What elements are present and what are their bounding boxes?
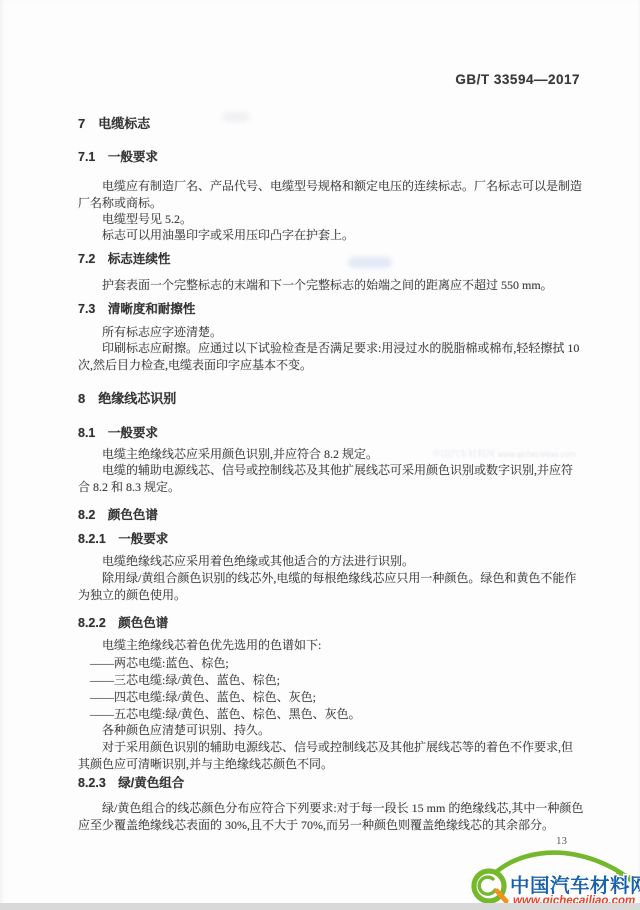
faint-watermark-name: 中国汽车材料网 <box>432 449 495 459</box>
paragraph: 绿/黄色组合的线芯颜色分布应符合下列要求:对于每一段长 15 mm 的绝缘线芯,… <box>78 800 584 833</box>
paragraph: 电缆绝缘线芯应采用着色绝缘或其他适合的方法进行识别。 <box>78 553 584 570</box>
scan-edge-strip <box>0 903 640 910</box>
color-scheme-item: ——三芯电缆:绿/黄色、蓝色、棕色; <box>78 672 584 689</box>
section-heading-7-2: 7.2 标志连续性 <box>78 251 584 268</box>
section-heading-7-1: 7.1 一般要求 <box>78 149 584 166</box>
paragraph: 护套表面一个完整标志的末端和下一个完整标志的始端之间的距离应不超过 550 mm… <box>78 277 584 294</box>
paragraph: 电缆主绝缘线芯着色优先选用的色谱如下: <box>78 637 584 654</box>
color-scheme-item: ——两芯电缆:蓝色、棕色; <box>78 655 584 672</box>
standard-code: GB/T 33594—2017 <box>455 72 580 87</box>
paragraph: 除用绿/黄组合颜色识别的线芯外,电缆的每根绝缘线芯应只用一种颜色。绿色和黄色不能… <box>78 570 584 603</box>
qichecailiao-logo: 中国汽车材料网 www.qichecailiao.com <box>466 844 640 906</box>
paragraph: 对于采用颜色识别的辅助电源线芯、信号或控制线芯及其他扩展线芯等的着色不作要求,但… <box>78 739 584 772</box>
color-scheme-item: ——五芯电缆:绿/黄色、蓝色、棕色、黑色、灰色。 <box>78 706 584 723</box>
logo-site-name: 中国汽车材料网 <box>510 874 640 897</box>
paragraph: 电缆型号见 5.2。 <box>78 211 584 228</box>
color-scheme-item: ——四芯电缆:绿/黄色、蓝色、棕色、灰色; <box>78 689 584 706</box>
section-heading-8-2: 8.2 颜色色谱 <box>78 507 584 524</box>
section-heading-7: 7 电缆标志 <box>78 116 584 133</box>
paragraph: 标志可以用油墨印字或采用压印凸字在护套上。 <box>78 227 584 244</box>
faint-watermark-url: www.qichecailiao.com <box>498 450 576 459</box>
paragraph: 所有标志应字迹清楚。 <box>78 324 584 341</box>
paragraph: 印刷标志应耐擦。应通过以下试验检查是否满足要求:用浸过水的脱脂棉或棉布,轻轻擦拭… <box>78 340 584 373</box>
section-heading-8-2-2: 8.2.2 颜色色谱 <box>78 615 584 632</box>
paragraph: 电缆应有制造厂名、产品代号、电缆型号规格和额定电压的连续标志。厂名标志可以是制造… <box>78 178 584 211</box>
paragraph: 各种颜色应清楚可识别、持久。 <box>78 722 584 739</box>
section-heading-8-2-3: 8.2.3 绿/黄色组合 <box>78 775 584 792</box>
faint-watermark: 中国汽车材料网 www.qichecailiao.com <box>432 447 622 460</box>
section-heading-8-1: 8.1 一般要求 <box>78 425 584 442</box>
section-heading-8-2-1: 8.2.1 一般要求 <box>78 531 584 548</box>
scanned-document-page: GB/T 33594—2017 7 电缆标志 7.1 一般要求 电缆应有制造厂名… <box>0 0 640 910</box>
paragraph: 电缆的辅助电源线芯、信号或控制线芯及其他扩展线芯可采用颜色识别或数字识别,并应符… <box>78 462 584 495</box>
section-heading-8: 8 绝缘线芯识别 <box>78 391 584 408</box>
section-heading-7-3: 7.3 清晰度和耐擦性 <box>78 301 584 318</box>
